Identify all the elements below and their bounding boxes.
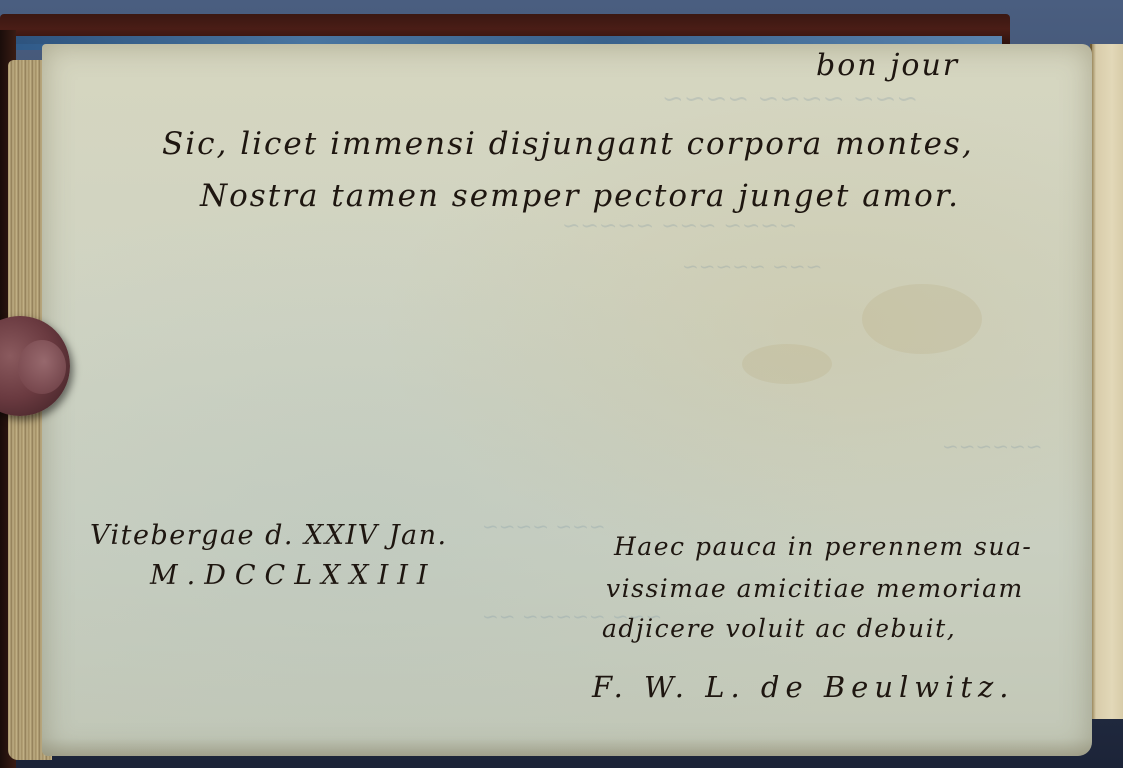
dedication-line-3: adjicere voluit ac debuit, xyxy=(602,614,956,643)
bleed-through-text: ~~~ ~~~~ xyxy=(482,514,606,538)
dedication-line-2: vissimae amicitiae memoriam xyxy=(606,574,1024,603)
thumbnail-highlight xyxy=(18,340,66,394)
year-line: M.DCCLXXIII xyxy=(150,560,437,591)
place-date-line: Vitebergae d. XXIV Jan. xyxy=(90,520,448,551)
bleed-through-text: ~~~ ~~~~ ~~~~ xyxy=(662,84,918,114)
facing-page-edge xyxy=(1090,44,1123,719)
verse-line-1: Sic, licet immensi disjungant corpora mo… xyxy=(162,126,974,162)
paper-stain xyxy=(862,284,982,354)
bleed-through-text: ~~~~~~ xyxy=(942,434,1043,458)
photo-scene: ~~~ ~~~~ ~~~~ ~~~~ ~~~ ~~~~~ ~~~ ~~~~~ ~… xyxy=(0,0,1123,768)
dedication-line-1: Haec pauca in perennem sua- xyxy=(614,532,1032,561)
verse-line-2: Nostra tamen semper pectora junget amor. xyxy=(200,178,960,214)
bleed-through-text: ~~~ ~~~~~ xyxy=(682,254,822,278)
greeting-text: bon jour xyxy=(816,48,959,83)
bleed-through-text: ~~~~ ~~~ ~~~~~ xyxy=(562,214,797,239)
signature: F. W. L. de Beulwitz. xyxy=(592,670,1015,704)
paper-stain xyxy=(742,344,832,384)
